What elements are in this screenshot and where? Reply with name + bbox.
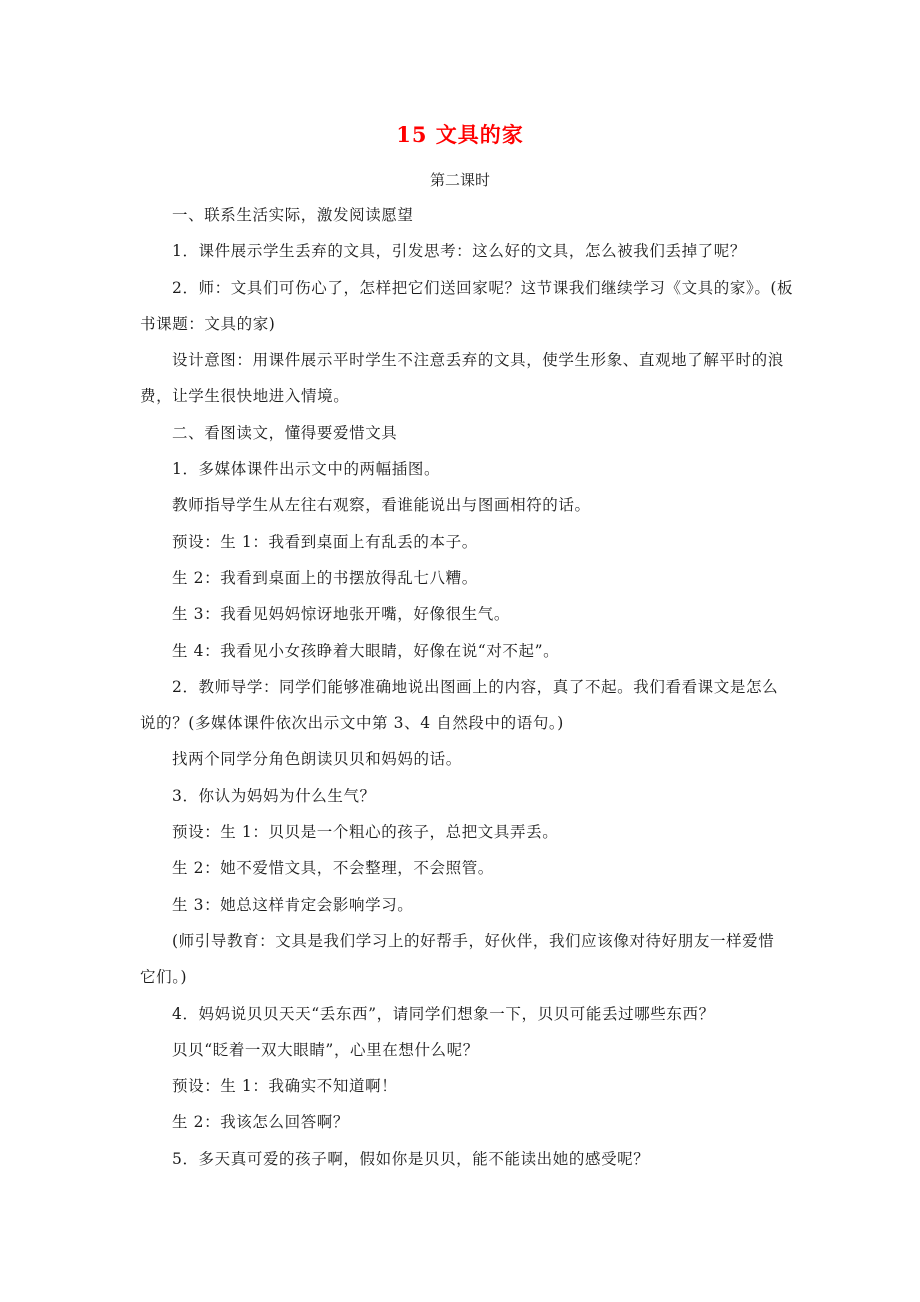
paragraph-line-wrap: 说的？(多媒体课件依次出示文中第 3、4 自然段中的语句。): [140, 705, 790, 741]
paragraph-line: 教师指导学生从左往右观察，看谁能说出与图画相符的话。: [140, 487, 790, 523]
section-heading: 二、看图读文，懂得要爱惜文具: [140, 415, 790, 451]
paragraph-line: 2．教师导学：同学们能够准确地说出图画上的内容，真了不起。我们看看课文是怎么: [140, 669, 790, 705]
paragraph-line: 1．多媒体课件出示文中的两幅插图。: [140, 451, 790, 487]
preset-answer-line: 预设：生 1：我确实不知道啊！: [140, 1068, 790, 1104]
preset-answer-line: 生 3：我看见妈妈惊讶地张开嘴，好像很生气。: [140, 596, 790, 632]
teacher-guidance-line-wrap: 它们。): [140, 959, 790, 995]
preset-answer-line: 生 3：她总这样肯定会影响学习。: [140, 887, 790, 923]
paragraph-line: 5．多天真可爱的孩子啊，假如你是贝贝，能不能读出她的感受呢？: [140, 1141, 790, 1177]
preset-answer-line: 预设：生 1：贝贝是一个粗心的孩子，总把文具弄丢。: [140, 814, 790, 850]
paragraph-line-wrap: 书课题：文具的家): [140, 306, 790, 342]
document-title: 15 文具的家: [0, 122, 920, 148]
preset-answer-line: 生 2：我看到桌面上的书摆放得乱七八糟。: [140, 560, 790, 596]
lesson-period-subtitle: 第二课时: [0, 170, 920, 190]
paragraph-line: 1．课件展示学生丢弃的文具，引发思考：这么好的文具，怎么被我们丢掉了呢？: [140, 233, 790, 269]
preset-answer-line: 生 4：我看见小女孩睁着大眼睛，好像在说“对不起”。: [140, 633, 790, 669]
design-intent-line-wrap: 费，让学生很快地进入情境。: [140, 378, 790, 414]
preset-answer-line: 生 2：她不爱惜文具，不会整理，不会照管。: [140, 850, 790, 886]
paragraph-line: 贝贝“眨着一双大眼睛”，心里在想什么呢？: [140, 1032, 790, 1068]
paragraph-line: 找两个同学分角色朗读贝贝和妈妈的话。: [140, 741, 790, 777]
teacher-guidance-line: (师引导教育：文具是我们学习上的好帮手，好伙伴，我们应该像对待好朋友一样爱惜: [140, 923, 790, 959]
document-body: 一、联系生活实际，激发阅读愿望 1．课件展示学生丢弃的文具，引发思考：这么好的文…: [140, 197, 790, 1177]
document-page: 15 文具的家 第二课时 一、联系生活实际，激发阅读愿望 1．课件展示学生丢弃的…: [0, 0, 920, 1302]
section-heading: 一、联系生活实际，激发阅读愿望: [140, 197, 790, 233]
preset-answer-line: 生 2：我该怎么回答啊？: [140, 1104, 790, 1140]
paragraph-line: 4．妈妈说贝贝天天“丢东西”，请同学们想象一下，贝贝可能丢过哪些东西？: [140, 996, 790, 1032]
design-intent-line: 设计意图：用课件展示平时学生不注意丢弃的文具，使学生形象、直观地了解平时的浪: [140, 342, 790, 378]
preset-answer-line: 预设：生 1：我看到桌面上有乱丢的本子。: [140, 524, 790, 560]
paragraph-line: 2．师：文具们可伤心了，怎样把它们送回家呢？这节课我们继续学习《文具的家》。(板: [140, 270, 790, 306]
paragraph-line: 3．你认为妈妈为什么生气？: [140, 778, 790, 814]
